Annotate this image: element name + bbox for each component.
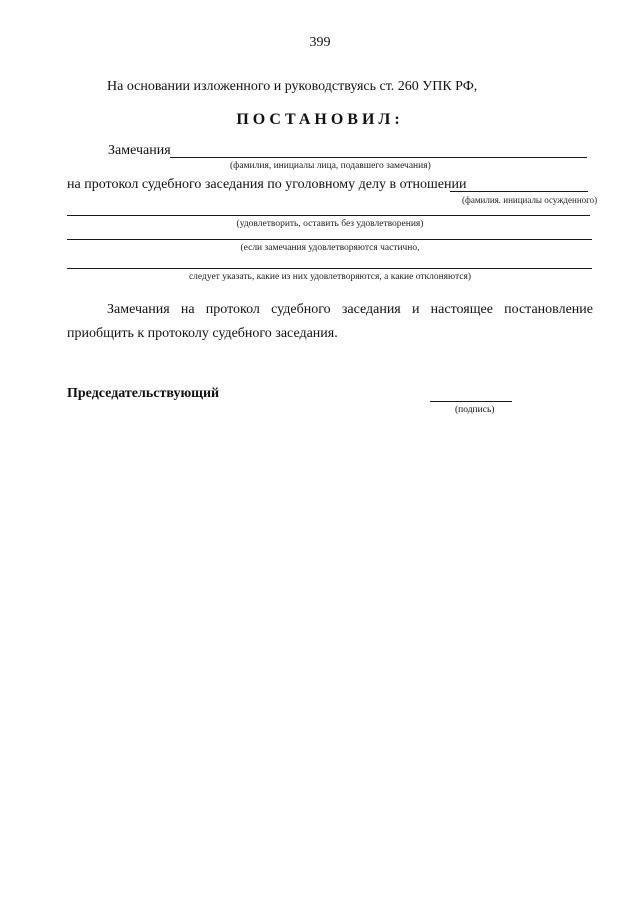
partial-remarks-caption: (если замечания удовлетворяются частично…	[0, 243, 640, 253]
page-number: 399	[0, 35, 640, 51]
partial-remarks-field[interactable]	[67, 239, 592, 240]
document-title: ПОСТАНОВИЛ:	[0, 111, 640, 129]
closing-paragraph: Замечания на протокол судебного заседани…	[67, 298, 593, 346]
decision-field[interactable]	[67, 215, 590, 216]
convict-name-field[interactable]	[450, 191, 588, 192]
protocol-text: на протокол судебного заседания по уголо…	[67, 177, 466, 193]
decision-caption: (удовлетворить, оставить без удовлетворе…	[0, 219, 640, 229]
remarks-author-field[interactable]	[170, 157, 587, 158]
remarks-label: Замечания	[108, 143, 171, 159]
remarks-author-caption: (фамилия, инициалы лица, подавшего замеч…	[230, 161, 431, 171]
signature-field[interactable]	[430, 401, 512, 402]
intro-text: На основании изложенного и руководствуяс…	[107, 79, 477, 95]
partial-remarks-caption-2: следует указать, какие из них удовлетвор…	[0, 272, 640, 282]
presiding-judge-label: Председательствующий	[67, 386, 219, 402]
signature-caption: (подпись)	[455, 405, 494, 415]
partial-remarks-field-2[interactable]	[67, 268, 592, 269]
convict-name-caption: (фамилия. инициалы осужденного)	[462, 195, 597, 205]
